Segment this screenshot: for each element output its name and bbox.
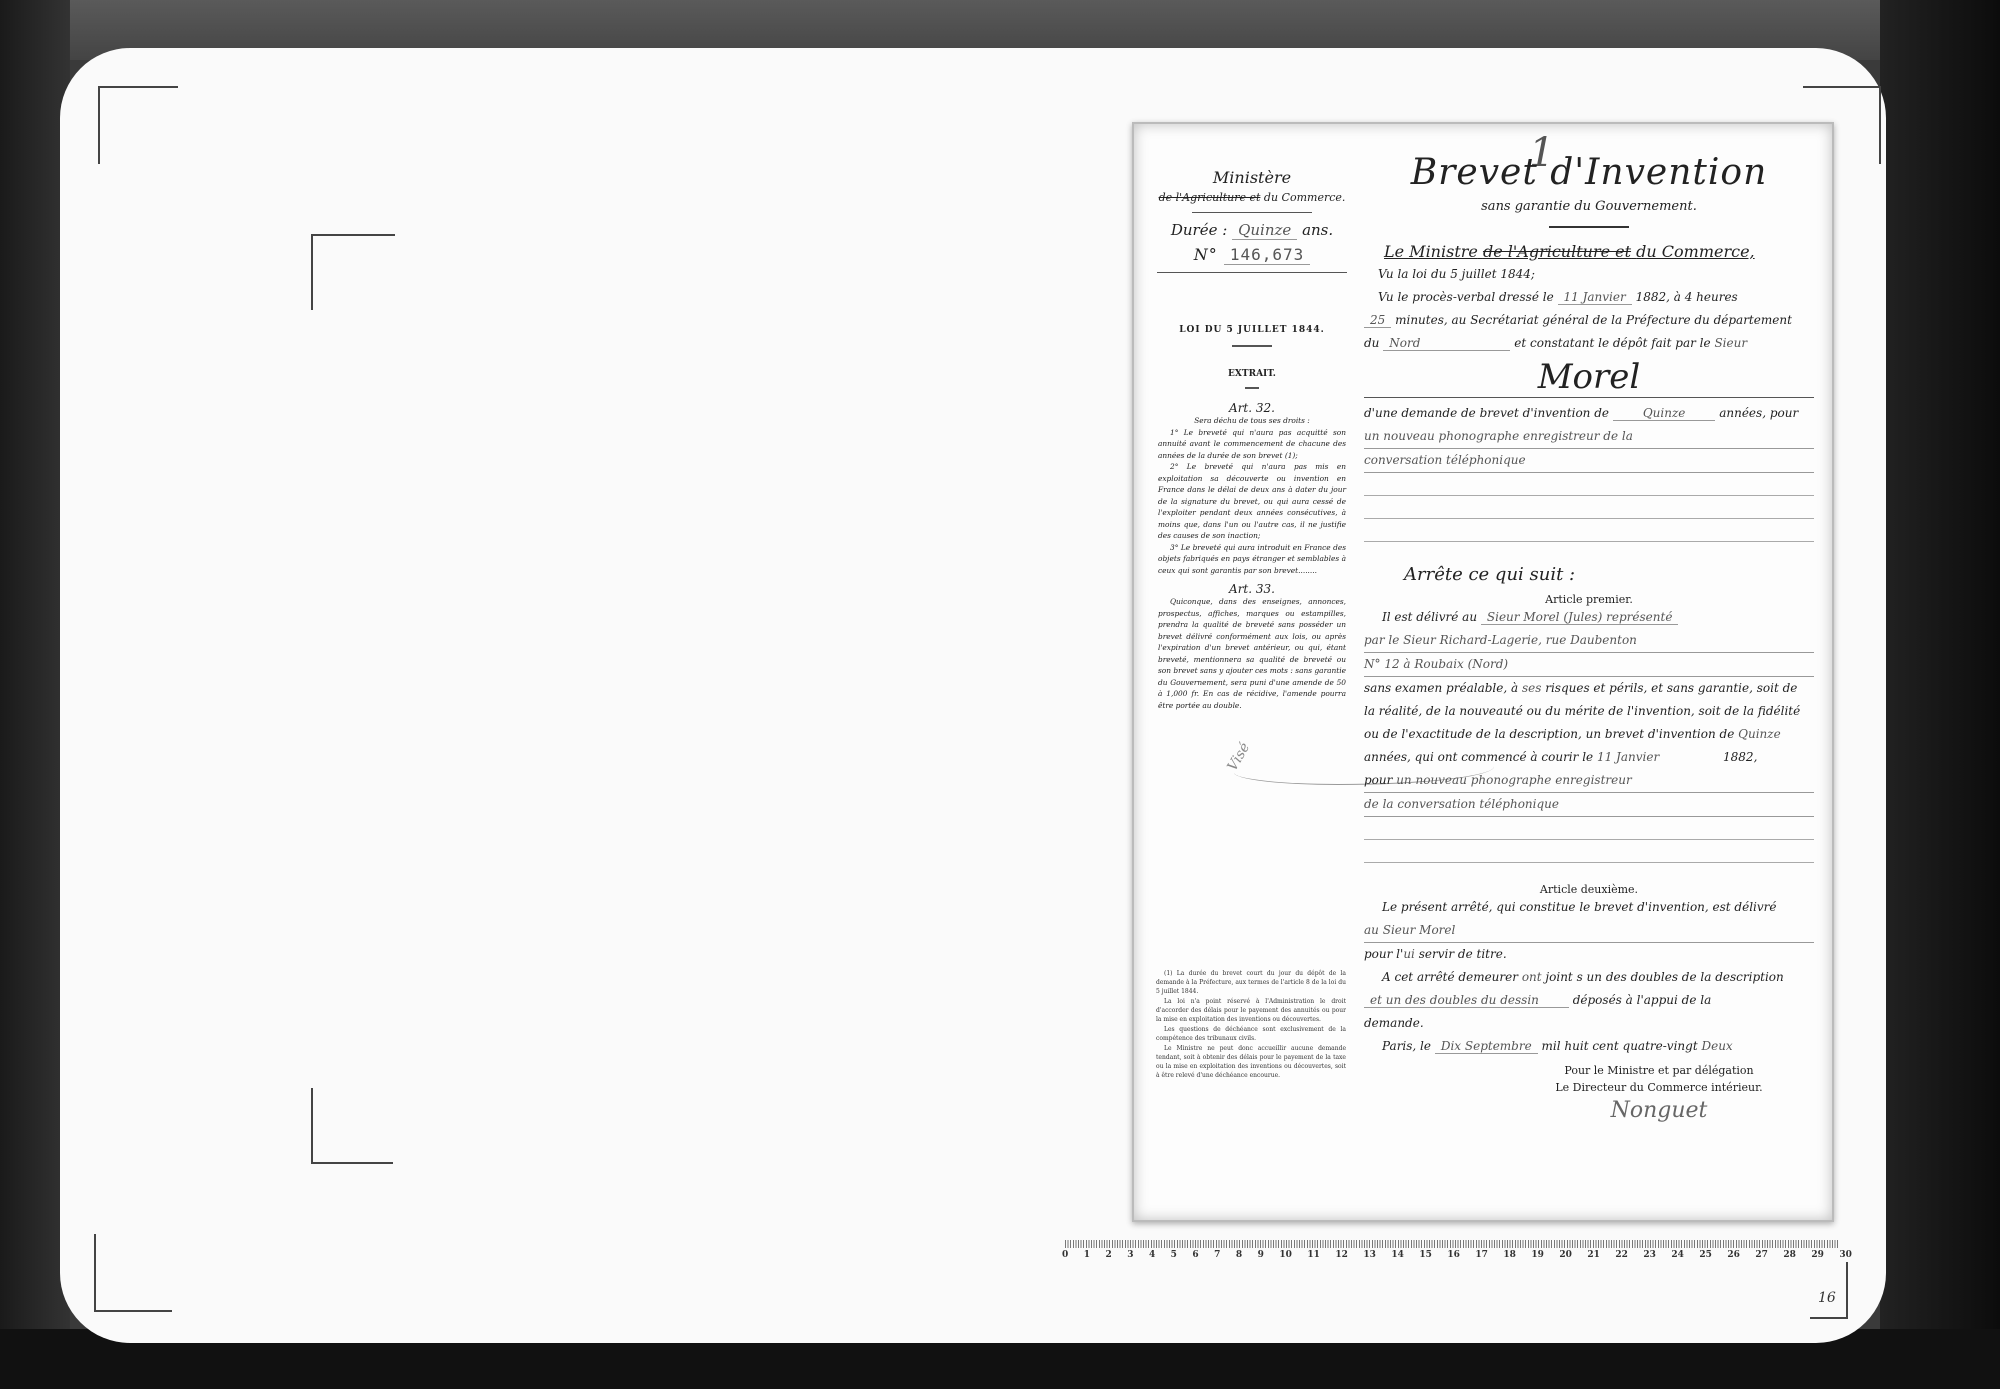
invention-title-line-2: conversation téléphonique bbox=[1364, 449, 1814, 473]
depot-by: Sieur bbox=[1714, 336, 1747, 350]
footnote: Le Ministre ne peut donc accueillir aucu… bbox=[1156, 1044, 1346, 1080]
arrete-heading: Arrête ce qui suit : bbox=[1364, 564, 1814, 585]
pv-year: 1882, à 4 heures bbox=[1636, 290, 1738, 304]
signature: Nonguet bbox=[1364, 1098, 1814, 1123]
article2-line: au Sieur Morel bbox=[1364, 919, 1814, 943]
date-handwritten: Deux bbox=[1701, 1039, 1732, 1053]
divider bbox=[1192, 212, 1312, 213]
text: A cet arrêté demeurer bbox=[1382, 970, 1518, 984]
art32-heading: Art. 32. bbox=[1152, 401, 1352, 415]
patent-number-line: N° 146,673 bbox=[1152, 245, 1352, 264]
ruler-tick-label: 7 bbox=[1214, 1250, 1220, 1264]
art33-heading: Art. 33. bbox=[1152, 582, 1352, 596]
vu-loi-line: Vu la loi du 5 juillet 1844; bbox=[1364, 263, 1814, 286]
dept-struck-text: de l'Agriculture et bbox=[1159, 191, 1261, 204]
ruler-tick-label: 27 bbox=[1755, 1250, 1768, 1264]
handwritten-text: ui bbox=[1403, 947, 1415, 961]
ruler-tick-label: 10 bbox=[1279, 1250, 1292, 1264]
handwritten-text: ses bbox=[1522, 681, 1541, 695]
document-title: Brevet d'Invention bbox=[1364, 152, 1814, 193]
proces-verbal-line: Vu le procès-verbal dressé le 11 Janvier… bbox=[1364, 286, 1814, 309]
art32-paragraph: 3° Le breveté qui aura introduit en Fran… bbox=[1158, 542, 1346, 577]
ruler-tick-label: 16 bbox=[1447, 1250, 1460, 1264]
article1-representative: par le Sieur Richard-Lagerie, rue Dauben… bbox=[1364, 629, 1814, 653]
art32-paragraph: Sera déchu de tous ses droits : bbox=[1158, 415, 1346, 427]
art32-paragraph: 2° Le breveté qui n'aura pas mis en expl… bbox=[1158, 461, 1346, 542]
crop-mark-bottom-left-outer bbox=[94, 1234, 172, 1312]
right-column: Brevet d'Invention sans garantie du Gouv… bbox=[1364, 138, 1814, 1123]
pv-date: 11 Janvier bbox=[1558, 290, 1632, 305]
handwritten-text: et un des doubles du dessin bbox=[1364, 993, 1569, 1008]
article2-heading: Article deuxième. bbox=[1364, 883, 1814, 896]
footnote: Les questions de déchéance sont exclusiv… bbox=[1156, 1025, 1346, 1043]
article1-prefix: Il est délivré au bbox=[1382, 610, 1477, 624]
minister-line: Le Ministre de l'Agriculture et du Comme… bbox=[1364, 240, 1814, 263]
handwritten-text: au bbox=[1364, 923, 1379, 937]
article1-line: pour un nouveau phonographe enregistreur bbox=[1364, 769, 1814, 793]
demande-prefix: d'une demande de brevet d'invention de bbox=[1364, 406, 1609, 420]
left-column: Ministère de l'Agriculture et du Commerc… bbox=[1152, 164, 1352, 711]
art32-paragraph: 1° Le breveté qui n'aura pas acquitté so… bbox=[1158, 427, 1346, 462]
ruler-tick-label: 17 bbox=[1475, 1250, 1488, 1264]
duree-line: Durée : Quinze ans. bbox=[1152, 221, 1352, 239]
ruler-tick-label: 8 bbox=[1236, 1250, 1242, 1264]
ruler-labels: 0 1 2 3 4 5 6 7 8 9 10 11 12 13 14 15 16… bbox=[1062, 1250, 1852, 1264]
date-prefix: Paris, le bbox=[1382, 1039, 1431, 1053]
ruler-tick-label: 23 bbox=[1643, 1250, 1656, 1264]
ruler-tick-label: 12 bbox=[1335, 1250, 1348, 1264]
ruler-tick-label: 21 bbox=[1587, 1250, 1600, 1264]
ministere-department: de l'Agriculture et du Commerce. bbox=[1152, 191, 1352, 204]
text: déposés à l'appui de la bbox=[1573, 993, 1712, 1007]
art33-paragraph: Quiconque, dans des enseignes, annonces,… bbox=[1158, 596, 1346, 711]
article1-heading: Article premier. bbox=[1364, 593, 1814, 606]
handwritten-text: ont bbox=[1522, 970, 1542, 984]
crop-mark-top-left-inner bbox=[311, 234, 395, 310]
patent-number: 146,673 bbox=[1224, 245, 1310, 265]
ruler-tick-label: 15 bbox=[1419, 1250, 1432, 1264]
footnote: (1) La durée du brevet court du jour du … bbox=[1156, 969, 1346, 996]
text: risques et périls, et sans garantie, soi… bbox=[1545, 681, 1797, 695]
ruler-tick-label: 18 bbox=[1503, 1250, 1516, 1264]
crop-mark-top-left-outer bbox=[98, 86, 178, 164]
applicant-name: Morel bbox=[1364, 357, 1814, 398]
pv-minutes-line: 25 minutes, au Secrétariat général de la… bbox=[1364, 309, 1814, 332]
article1-beneficiary: Sieur Morel (Jules) représenté bbox=[1481, 610, 1679, 625]
date-handwritten: Dix Septembre bbox=[1435, 1039, 1538, 1054]
blank-line bbox=[1364, 473, 1814, 496]
ruler-tick-label: 13 bbox=[1363, 1250, 1376, 1264]
article2-line: Le présent arrêté, qui constitue le brev… bbox=[1364, 896, 1814, 919]
dept-prefix: du bbox=[1364, 336, 1379, 350]
ruler-tick-label: 28 bbox=[1783, 1250, 1796, 1264]
minister-struck: de l'Agriculture et bbox=[1483, 242, 1631, 261]
ruler-tick-label: 2 bbox=[1105, 1250, 1111, 1264]
ruler-tick-label: 26 bbox=[1727, 1250, 1740, 1264]
ruler-tick-label: 22 bbox=[1615, 1250, 1628, 1264]
invention-title-line-1: un nouveau phonographe enregistreur de l… bbox=[1364, 425, 1814, 449]
article1-line: de la conversation téléphonique bbox=[1364, 793, 1814, 817]
date-text: mil huit cent quatre-vingt bbox=[1542, 1039, 1698, 1053]
crop-mark-bottom-left-inner bbox=[311, 1088, 393, 1164]
duree-label: Durée : bbox=[1171, 221, 1227, 239]
handwritten-text: Sieur Morel bbox=[1383, 923, 1456, 937]
blank-line bbox=[1364, 840, 1814, 863]
ruler-tick-label: 4 bbox=[1149, 1250, 1155, 1264]
ruler-tick-label: 11 bbox=[1307, 1250, 1320, 1264]
text: ou de l'exactitude de la description, un… bbox=[1364, 727, 1734, 741]
ruler-tick-label: 6 bbox=[1192, 1250, 1198, 1264]
signature-block: Pour le Ministre et par délégation Le Di… bbox=[1364, 1064, 1814, 1094]
article1-line: sans examen préalable, à ses risques et … bbox=[1364, 677, 1814, 700]
pv-rest: minutes, au Secrétariat général de la Pr… bbox=[1395, 313, 1792, 327]
art32-text: Sera déchu de tous ses droits : 1° Le br… bbox=[1152, 415, 1352, 576]
demande-years: Quinze bbox=[1613, 406, 1716, 421]
depot-text: et constatant le dépôt fait par le bbox=[1514, 336, 1710, 350]
date-line: Paris, le Dix Septembre mil huit cent qu… bbox=[1364, 1035, 1814, 1058]
text: 1882, bbox=[1723, 750, 1757, 764]
ruler-tick-label: 20 bbox=[1559, 1250, 1572, 1264]
ruler-tick-label: 9 bbox=[1258, 1250, 1264, 1264]
demande-line: d'une demande de brevet d'invention de Q… bbox=[1364, 402, 1814, 425]
divider bbox=[1232, 345, 1272, 347]
article2-line: pour l'ui servir de titre. bbox=[1364, 943, 1814, 966]
sheet-number: 16 bbox=[1818, 1290, 1836, 1306]
ministere-heading: Ministère bbox=[1152, 168, 1352, 187]
article1-address: N° 12 à Roubaix (Nord) bbox=[1364, 653, 1814, 677]
text: pour l' bbox=[1364, 947, 1403, 961]
text: pour bbox=[1364, 773, 1392, 787]
pv-prefix: Vu le procès-verbal dressé le bbox=[1378, 290, 1554, 304]
ruler-tick-label: 1 bbox=[1084, 1250, 1090, 1264]
article1-line: années, qui ont commencé à courir le 11 … bbox=[1364, 746, 1814, 769]
article2-line: A cet arrêté demeurer ont joint s un des… bbox=[1364, 966, 1814, 989]
department-line: du Nord et constatant le dépôt fait par … bbox=[1364, 332, 1814, 355]
signature-line-2: Le Directeur du Commerce intérieur. bbox=[1504, 1081, 1814, 1094]
signature-line-1: Pour le Ministre et par délégation bbox=[1504, 1064, 1814, 1077]
text: servir de titre. bbox=[1419, 947, 1507, 961]
ruler-tick-label: 24 bbox=[1671, 1250, 1684, 1264]
ruler-tick-label: 0 bbox=[1062, 1250, 1068, 1264]
blank-line bbox=[1364, 817, 1814, 840]
footnote: La loi n'a point réservé à l'Administrat… bbox=[1156, 997, 1346, 1024]
scanner-background-right bbox=[1880, 0, 2000, 1389]
handwritten-text: Quinze bbox=[1738, 727, 1781, 741]
demande-suffix: années, pour bbox=[1719, 406, 1798, 420]
article2-line: demande. bbox=[1364, 1012, 1814, 1035]
footnotes: (1) La durée du brevet court du jour du … bbox=[1156, 969, 1346, 1081]
ruler-tick-label: 5 bbox=[1171, 1250, 1177, 1264]
divider bbox=[1549, 226, 1629, 228]
extrait-heading: EXTRAIT. bbox=[1152, 369, 1352, 379]
duree-value: Quinze bbox=[1232, 221, 1297, 240]
numero-label: N° bbox=[1194, 245, 1218, 264]
minister-prefix: Le Ministre bbox=[1384, 242, 1478, 261]
text: joint s un des doubles de la description bbox=[1545, 970, 1783, 984]
dept-value: Nord bbox=[1383, 336, 1510, 351]
article1-line: la réalité, de la nouveauté ou du mérite… bbox=[1364, 700, 1814, 723]
blank-line bbox=[1364, 519, 1814, 542]
patent-document-page: 1 Ministère de l'Agriculture et du Comme… bbox=[1132, 122, 1834, 1222]
art33-text: Quiconque, dans des enseignes, annonces,… bbox=[1152, 596, 1352, 711]
divider bbox=[1245, 387, 1259, 389]
ruler-tick-label: 3 bbox=[1127, 1250, 1133, 1264]
divider bbox=[1157, 272, 1347, 273]
text: sans examen préalable, à bbox=[1364, 681, 1518, 695]
loi-heading: LOI DU 5 JUILLET 1844. bbox=[1152, 325, 1352, 335]
article2-line: et un des doubles du dessin déposés à l'… bbox=[1364, 989, 1814, 1012]
ruler-tick-label: 19 bbox=[1531, 1250, 1544, 1264]
handwritten-text: 11 Janvier bbox=[1597, 750, 1719, 764]
document-subtitle: sans garantie du Gouvernement. bbox=[1364, 199, 1814, 214]
pv-minutes: 25 bbox=[1364, 313, 1391, 328]
handwritten-text: un nouveau phonographe enregistreur bbox=[1396, 773, 1632, 787]
ruler-tick-label: 14 bbox=[1391, 1250, 1404, 1264]
duree-unit: ans. bbox=[1302, 221, 1333, 239]
article1-line: Il est délivré au Sieur Morel (Jules) re… bbox=[1364, 606, 1814, 629]
article1-line: ou de l'exactitude de la description, un… bbox=[1364, 723, 1814, 746]
minister-rest: du Commerce, bbox=[1636, 242, 1754, 261]
text: années, qui ont commencé à courir le bbox=[1364, 750, 1593, 764]
dept-text: du Commerce. bbox=[1264, 191, 1345, 204]
ruler-tick-label: 25 bbox=[1699, 1250, 1712, 1264]
blank-line bbox=[1364, 496, 1814, 519]
